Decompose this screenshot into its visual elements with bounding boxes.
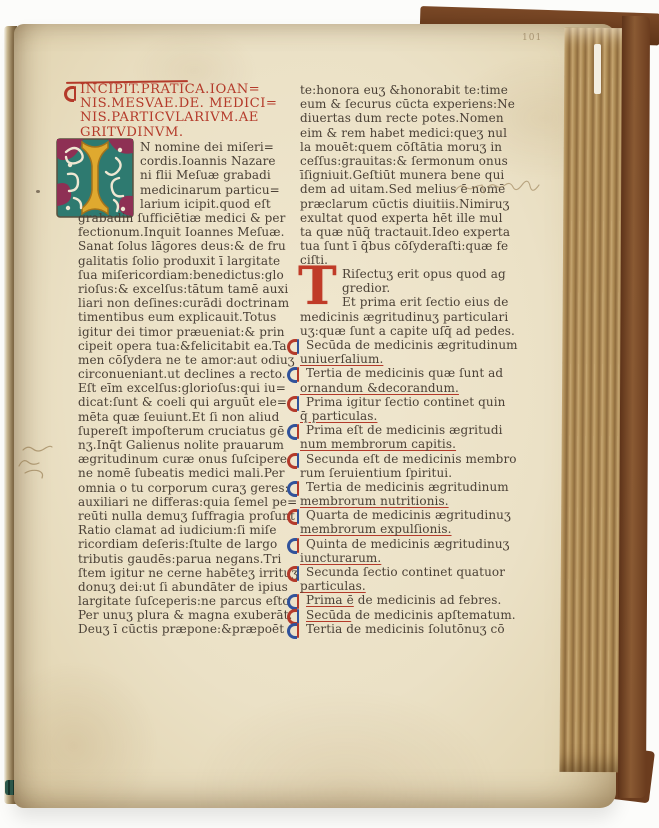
text-line: ta quæ nūq̄ tractauit.Ideo experta	[300, 225, 515, 239]
text-line: circonueniant.ut declines a recto.	[78, 367, 298, 381]
text-line: tributis gaudēs:parua negans.Tri	[78, 552, 298, 566]
text-segment: ceſſus:grauitas:& ſermonum onus	[300, 154, 508, 168]
text-segment: ægritudinum curæ onus ſuſcipere:	[78, 452, 291, 466]
heading-line: INCIPIT.PRATICA.IOAN=	[80, 83, 277, 97]
incipit-heading: INCIPIT.PRATICA.IOAN=NIS.MESVAE.DE. MEDI…	[80, 83, 277, 140]
text-segment: NIS.MESVAE.DE. MEDICI=	[80, 96, 277, 111]
text-segment: larium icipit.quod eſt	[140, 197, 271, 211]
text-segment: ſua miſericordiam:benedictus:glo	[78, 268, 284, 282]
text-segment: Secunda eſt de medicinis membro	[306, 452, 517, 466]
text-segment: igitur dei timor præueniat:& prin	[78, 325, 285, 339]
text-segment: nʒ.Inq̄t Galienus nolite prauarum	[78, 438, 284, 452]
section-list-line: Quarta de medicinis ægritudinuʒ	[300, 508, 518, 522]
text-line: eum & ſecurus cūcta experiens:Ne	[300, 97, 515, 111]
text-line: te:honora euʒ &honorabit te:time	[300, 83, 515, 97]
text-segment: INCIPIT.PRATICA.IOAN=	[80, 82, 260, 97]
text-line: ſua miſericordiam:benedictus:glo	[78, 268, 298, 282]
text-segment: gredior.	[342, 281, 390, 295]
section-list-line: membrorum expulſionis.	[300, 522, 518, 536]
text-segment: tributis gaudēs:parua negans.Tri	[78, 552, 281, 566]
text-segment: Quarta de medicinis ægritudinuʒ	[306, 508, 511, 522]
marginal-note-right-icon	[454, 180, 550, 198]
text-segment: eim & rem habet medici:queʒ nul	[300, 126, 507, 140]
text-line: fectionum.Inquit Ioannes Meſuæ.	[78, 225, 298, 239]
flyleaf-edge	[594, 44, 601, 94]
text-segment: Et prima erit ſectio eius de	[342, 295, 509, 309]
text-segment: Riſectuʒ erit opus quod ag	[342, 267, 506, 281]
text-segment: cipeit opera tua:&felicitabit ea.Ta	[78, 339, 287, 353]
right-column-t-lines: Riſectuʒ erit opus quod aggredior.Et pri…	[300, 267, 509, 310]
text-line: Per unuʒ plura & magna exuberāt.	[78, 608, 298, 622]
section-list-line: Prima igitur ſectio continet quin	[300, 395, 518, 409]
section-list-line: Prima eſt de medicinis ægritudi	[300, 423, 518, 437]
text-segment: donuʒ dei:ut ſi abundāter de ipius	[78, 580, 288, 594]
text-segment: rum ſeruientium ſpiritui.	[300, 466, 452, 480]
text-segment: circonueniant.ut declines a recto.	[78, 367, 286, 381]
text-line: ne nomē ſubeatis medici mali.Per	[78, 466, 298, 480]
heading-line: NIS.PARTICVLARIVM.AE	[80, 111, 277, 125]
text-line: men cōſydera ne te amor:aut odiuʒ	[78, 353, 298, 367]
paragraph-mark-red-icon	[287, 453, 297, 469]
text-line: Et prima erit ſectio eius de	[300, 295, 509, 309]
right-column-top: te:honora euʒ &honorabit te:timeeum & ſe…	[300, 83, 515, 267]
text-line: uʒ:quæ ſunt a capite uſq̄ ad pedes.	[300, 324, 515, 338]
paragraph-mark-icon	[64, 86, 74, 102]
text-line: eim & rem habet medici:queʒ nul	[300, 126, 515, 140]
binding-right	[618, 16, 650, 798]
text-segment: ne nomē ſubeatis medici mali.Per	[78, 466, 285, 480]
text-segment: auxiliari ne differas:quia ſemel pe=	[78, 495, 297, 509]
paragraph-mark-red-icon	[287, 566, 297, 582]
text-segment: N nomine dei miſeri=	[140, 140, 274, 154]
text-segment: q̄ particulas.	[300, 409, 377, 423]
text-line: grabadin ſufficiētiæ medici & per	[78, 211, 298, 225]
text-segment: ta quæ nūq̄ tractauit.Ideo experta	[300, 225, 510, 239]
text-segment: Sanat ſolus lāgores deus:& de fru	[78, 239, 286, 253]
text-segment: Secūda de medicinis ægritudinum	[306, 338, 518, 352]
page-number: 101	[522, 33, 542, 43]
text-line: Deuʒ ī cūctis præpone:&præpoēt	[78, 622, 298, 636]
text-segment: cordis.Ioannis Nazare	[140, 154, 276, 168]
text-segment: ni flii Meſuæ grabadi	[140, 168, 271, 182]
text-line: medicinis ægritudinuʒ particulari	[300, 310, 515, 324]
text-segment: mēta quæ ſeuiunt.Et ſi non aliud	[78, 410, 279, 424]
section-list-line: particulas.	[300, 579, 518, 593]
text-segment: particulas.	[300, 579, 366, 593]
text-segment: Eſt eīm excelſus:glorioſus:qui iu=	[78, 381, 286, 395]
paragraph-mark-red-icon	[287, 396, 297, 412]
text-segment: diuertas dum recte potes.Nomen	[300, 111, 504, 125]
section-list-line: num membrorum capitis.	[300, 437, 518, 451]
text-line: cipeit opera tua:&felicitabit ea.Ta	[78, 339, 298, 353]
text-segment: membrorum nutritionis.	[300, 494, 449, 508]
illuminated-initial-I	[56, 138, 134, 218]
section-list-line: Secūda de medicinis apſtematum.	[300, 608, 518, 622]
text-segment: galitatis ſolio produxit ī largitate	[78, 254, 280, 268]
text-segment: Prima ē	[306, 593, 354, 607]
text-line: la mouēt:quem cōſtātia moruʒ in	[300, 140, 515, 154]
paragraph-mark-blue-icon	[287, 481, 297, 497]
text-segment: NIS.PARTICVLARIVM.AE	[80, 110, 259, 125]
text-line: omnia o tu corporum curaʒ geres:	[78, 481, 298, 495]
section-list-line: uniuerſalium.	[300, 352, 518, 366]
text-line: ægritudinum curæ onus ſuſcipere:	[78, 452, 298, 466]
text-segment: Quinta de medicinis ægritudinuʒ	[306, 537, 510, 551]
text-segment: de medicinis apſtematum.	[351, 608, 516, 622]
text-segment: largitate ſuſceperis:ne parcus eſto	[78, 594, 290, 608]
text-line: auxiliari ne differas:quia ſemel pe=	[78, 495, 298, 509]
text-line: ſtem igitur ne cerne habēteʒ irrituʒ	[78, 566, 298, 580]
text-segment: rioſus:& excelſus:tātum tamē auxi	[78, 282, 288, 296]
right-column-section-list: Secūda de medicinis ægritudinumuniuerſal…	[300, 338, 518, 636]
text-segment: grabadin ſufficiētiæ medici & per	[78, 211, 285, 225]
text-line: gredior.	[300, 281, 509, 295]
text-line: mēta quæ ſeuiunt.Et ſi non aliud	[78, 410, 298, 424]
text-segment: Prima igitur ſectio continet quin	[306, 395, 506, 409]
paragraph-mark-blue-icon	[287, 538, 297, 554]
text-line: N nomine dei miſeri=	[140, 140, 280, 154]
text-line: Eſt eīm excelſus:glorioſus:qui iu=	[78, 381, 298, 395]
text-segment: membrorum expulſionis.	[300, 522, 452, 536]
text-line: Sanat ſolus lāgores deus:& de fru	[78, 239, 298, 253]
section-list-line: Secunda ſectio continet quatuor	[300, 565, 518, 579]
text-segment: Tertia de medicinis ægritudinum	[306, 480, 509, 494]
text-segment: fectionum.Inquit Ioannes Meſuæ.	[78, 225, 285, 239]
text-line: ni flii Meſuæ grabadi	[140, 168, 280, 182]
text-segment: Per unuʒ plura & magna exuberāt.	[78, 608, 292, 622]
section-list-line: ornandum &decorandum.	[300, 381, 518, 395]
text-line: diuertas dum recte potes.Nomen	[300, 111, 515, 125]
text-segment: medicinis ægritudinuʒ particulari	[300, 310, 508, 324]
text-segment: omnia o tu corporum curaʒ geres:	[78, 481, 289, 495]
section-list-line: Tertia de medicinis ægritudinum	[300, 480, 518, 494]
text-segment: ricordiam deſeris:ſtulte de largo	[78, 537, 277, 551]
text-segment: num membrorum capitis.	[300, 437, 456, 451]
text-line: reūti nulla demuʒ ſuffragia proſunt	[78, 509, 298, 523]
text-segment: exultat quod experta hēt ille mul	[300, 211, 503, 225]
text-segment: de medicinis ad febres.	[354, 593, 502, 607]
text-segment: ornandum &decorandum.	[300, 381, 459, 395]
paragraph-mark-blue-icon	[287, 623, 297, 639]
text-line: exultat quod experta hēt ille mul	[300, 211, 515, 225]
section-list-line: Tertia de medicinis quæ ſunt ad	[300, 366, 518, 380]
section-list-line: iuncturarum.	[300, 551, 518, 565]
text-line: nʒ.Inq̄t Galienus nolite prauarum	[78, 438, 298, 452]
ink-speck	[36, 190, 40, 193]
text-line: ricordiam deſeris:ſtulte de largo	[78, 537, 298, 551]
section-list-line: Secūda de medicinis ægritudinum	[300, 338, 518, 352]
text-line: donuʒ dei:ut ſi abundāter de ipius	[78, 580, 298, 594]
text-line: rioſus:& excelſus:tātum tamē auxi	[78, 282, 298, 296]
text-segment: liari non deſines:curādi doctrinam	[78, 296, 289, 310]
text-line: medicinarum particu=	[140, 183, 280, 197]
text-segment: Prima eſt de medicinis ægritudi	[306, 423, 503, 437]
section-list-line: rum ſeruientium ſpiritui.	[300, 466, 518, 480]
text-line: ceſſus:grauitas:& ſermonum onus	[300, 154, 515, 168]
section-list-line: Secunda eſt de medicinis membro	[300, 452, 518, 466]
text-line: cordis.Ioannis Nazare	[140, 154, 280, 168]
text-line: præclarum cūctis diuitiis.Nimiruʒ	[300, 197, 515, 211]
text-segment: tua ſunt ī q̄bus cōſyderaſti:quæ fe	[300, 239, 508, 253]
text-segment: iuncturarum.	[300, 551, 381, 565]
text-line: largitate ſuſceperis:ne parcus eſto	[78, 594, 298, 608]
text-line: larium icipit.quod eſt	[140, 197, 280, 211]
paragraph-mark-red-icon	[287, 339, 297, 355]
section-list-line: Prima ē de medicinis ad febres.	[300, 593, 518, 607]
text-segment: Deuʒ ī cūctis præpone:&præpoēt	[78, 622, 284, 636]
text-segment: men cōſydera ne te amor:aut odiuʒ	[78, 353, 295, 367]
section-list-line: Tertia de medicinis ſolutōnuʒ cō	[300, 622, 518, 636]
text-segment: uniuerſalium.	[300, 352, 383, 366]
text-segment: reūti nulla demuʒ ſuffragia proſunt	[78, 509, 295, 523]
right-column-after-lines: medicinis ægritudinuʒ particulariuʒ:quæ …	[300, 310, 515, 338]
text-segment: eum & ſecurus cūcta experiens:Ne	[300, 97, 515, 111]
text-segment: uʒ:quæ ſunt a capite uſq̄ ad pedes.	[300, 324, 515, 338]
text-segment: ſtem igitur ne cerne habēteʒ irrituʒ	[78, 566, 298, 580]
text-segment: præclarum cūctis diuitiis.Nimiruʒ	[300, 197, 510, 211]
book-photo: 101 INCIPIT.PRATICA.IOAN=NIS.MESVAE.DE. …	[0, 0, 659, 828]
text-segment: te:honora euʒ &honorabit te:time	[300, 83, 508, 97]
text-segment: Tertia de medicinis ſolutōnuʒ cō	[306, 622, 505, 636]
text-segment: la mouēt:quem cōſtātia moruʒ in	[300, 140, 502, 154]
section-list-line: q̄ particulas.	[300, 409, 518, 423]
paragraph-mark-blue-icon	[287, 424, 297, 440]
text-line: galitatis ſolio produxit ī largitate	[78, 254, 298, 268]
text-segment: Ratio clamat ad iudicium:ſi miſe	[78, 523, 277, 537]
left-column-indented: N nomine dei miſeri=cordis.Ioannis Nazar…	[140, 140, 280, 211]
text-line: igitur dei timor præueniat:& prin	[78, 325, 298, 339]
heading-line: NIS.MESVAE.DE. MEDICI=	[80, 97, 277, 111]
text-segment: Tertia de medicinis quæ ſunt ad	[306, 366, 503, 380]
text-line: ſupereſt impoſterum cruciatus gē	[78, 424, 298, 438]
text-segment: ſupereſt impoſterum cruciatus gē	[78, 424, 284, 438]
text-segment: medicinarum particu=	[140, 183, 280, 197]
text-segment: Secūda	[306, 608, 351, 622]
text-line: liari non deſines:curādi doctrinam	[78, 296, 298, 310]
fore-edge-pages	[559, 28, 624, 772]
section-list-line: Quinta de medicinis ægritudinuʒ	[300, 537, 518, 551]
text-segment: dicat:ſunt & coeli qui arguūt ele=	[78, 395, 287, 409]
text-line: timentibus eum explicauit.Totus	[78, 310, 298, 324]
book-page: 101 INCIPIT.PRATICA.IOAN=NIS.MESVAE.DE. …	[14, 24, 616, 808]
text-line: Riſectuʒ erit opus quod ag	[300, 267, 509, 281]
section-list-line: membrorum nutritionis.	[300, 494, 518, 508]
left-column: grabadin ſufficiētiæ medici & perfection…	[78, 211, 298, 637]
text-segment: timentibus eum explicauit.Totus	[78, 310, 276, 324]
text-line: Ratio clamat ad iudicium:ſi miſe	[78, 523, 298, 537]
text-line: tua ſunt ī q̄bus cōſyderaſti:quæ fe	[300, 239, 515, 253]
marginal-note-left-icon	[17, 440, 63, 484]
text-line: dicat:ſunt & coeli qui arguūt ele=	[78, 395, 298, 409]
text-segment: Secunda ſectio continet quatuor	[306, 565, 505, 579]
